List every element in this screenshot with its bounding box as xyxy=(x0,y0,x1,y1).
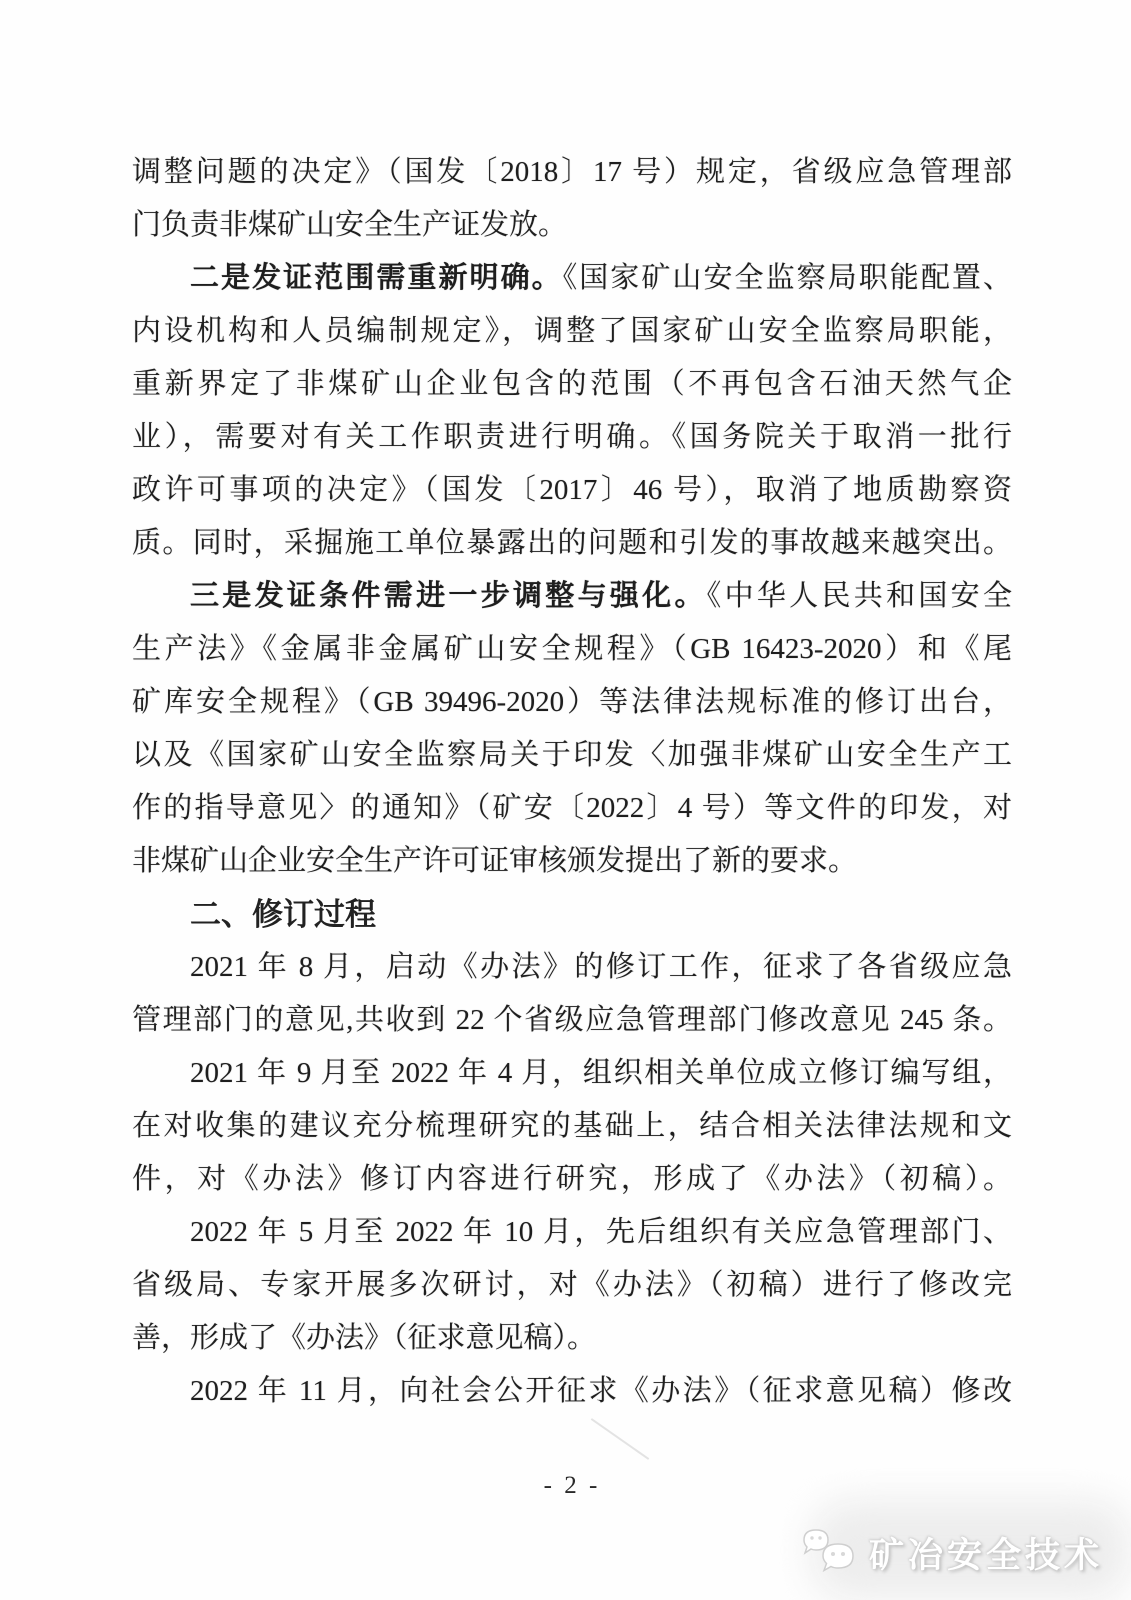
text-line: 在对收集的建议充分梳理研究的基础上，结合相关法律法规和文 xyxy=(132,1100,1012,1153)
line-text: 2022 年 5 月至 2022 年 10 月，先后组织有关应急管理部门、 xyxy=(190,1216,1012,1248)
line-text: 作的指导意见〉的通知》（矿安〔2022〕4 号）等文件的印发，对 xyxy=(132,792,1012,824)
text-line: 以及《国家矿山安全监察局关于印发〈加强非煤矿山安全生产工 xyxy=(132,729,1012,782)
text-line: 管理部门的意见,共收到 22 个省级应急管理部门修改意见 245 条。 xyxy=(132,994,1012,1047)
text-line: 质。同时，采掘施工单位暴露出的问题和引发的事故越来越突出。 xyxy=(132,517,1012,570)
text-line: 非煤矿山企业安全生产许可证审核颁发提出了新的要求。 xyxy=(132,835,1012,888)
line-text: 业），需要对有关工作职责进行明确。《国务院关于取消一批行 xyxy=(132,421,1012,453)
line-text: 《国家矿山安全监察局职能配置、 xyxy=(563,262,1012,294)
scan-artifact xyxy=(591,1418,649,1460)
watermark-label: 矿冶安全技术 xyxy=(869,1528,1103,1578)
text-line: 件，对《办法》修订内容进行研究，形成了《办法》（初稿）。 xyxy=(132,1153,1012,1206)
text-line: 2021 年 9 月至 2022 年 4 月，组织相关单位成立修订编写组， xyxy=(132,1047,1012,1100)
line-text: 矿库安全规程》（GB 39496-2020）等法律法规标准的修订出台， xyxy=(132,686,1012,718)
line-text: 质。同时，采掘施工单位暴露出的问题和引发的事故越来越突出。 xyxy=(132,527,1012,559)
text-line: 生产法》《金属非金属矿山安全规程》（GB 16423-2020）和《尾 xyxy=(132,623,1012,676)
line-text: 门负责非煤矿山安全生产证发放。 xyxy=(132,209,567,241)
line-text: 二、修订过程 xyxy=(190,897,376,932)
text-line: 2022 年 11 月，向社会公开征求《办法》（征求意见稿）修改 xyxy=(132,1365,1012,1418)
text-line: 门负责非煤矿山安全生产证发放。 xyxy=(132,199,1012,252)
line-text: 调整问题的决定》（国发〔2018〕17 号）规定，省级应急管理部 xyxy=(132,156,1012,188)
line-text: 件，对《办法》修订内容进行研究，形成了《办法》（初稿）。 xyxy=(132,1163,1012,1195)
section-heading: 二、修订过程 xyxy=(132,888,1012,941)
text-line: 调整问题的决定》（国发〔2018〕17 号）规定，省级应急管理部 xyxy=(132,146,1012,199)
text-line: 二是发证范围需重新明确。《国家矿山安全监察局职能配置、 xyxy=(132,252,1012,305)
line-text: 生产法》《金属非金属矿山安全规程》（GB 16423-2020）和《尾 xyxy=(132,633,1012,665)
text-line: 重新界定了非煤矿山企业包含的范围（不再包含石油天然气企 xyxy=(132,358,1012,411)
bold-lead: 三是发证条件需进一步调整与强化。 xyxy=(190,580,707,612)
text-line: 内设机构和人员编制规定》，调整了国家矿山安全监察局职能， xyxy=(132,305,1012,358)
text-line: 业），需要对有关工作职责进行明确。《国务院关于取消一批行 xyxy=(132,411,1012,464)
text-line: 2021 年 8 月，启动《办法》的修订工作，征求了各省级应急 xyxy=(132,941,1012,994)
text-line: 善，形成了《办法》（征求意见稿）。 xyxy=(132,1312,1012,1365)
wechat-icon xyxy=(801,1526,859,1579)
bold-lead: 二是发证范围需重新明确。 xyxy=(190,262,563,294)
watermark: 矿冶安全技术 xyxy=(801,1526,1103,1579)
line-text: 2021 年 8 月，启动《办法》的修订工作，征求了各省级应急 xyxy=(190,951,1012,983)
text-line: 矿库安全规程》（GB 39496-2020）等法律法规标准的修订出台， xyxy=(132,676,1012,729)
text-line: 2022 年 5 月至 2022 年 10 月，先后组织有关应急管理部门、 xyxy=(132,1206,1012,1259)
line-text: 省级局、专家开展多次研讨，对《办法》（初稿）进行了修改完 xyxy=(132,1269,1012,1301)
line-text: 2021 年 9 月至 2022 年 4 月，组织相关单位成立修订编写组， xyxy=(190,1057,1012,1089)
line-text: 内设机构和人员编制规定》，调整了国家矿山安全监察局职能， xyxy=(132,315,1012,347)
line-text: 管理部门的意见,共收到 22 个省级应急管理部门修改意见 245 条。 xyxy=(132,1004,1012,1036)
line-text: 重新界定了非煤矿山企业包含的范围（不再包含石油天然气企 xyxy=(132,368,1012,400)
line-text: 在对收集的建议充分梳理研究的基础上，结合相关法律法规和文 xyxy=(132,1110,1012,1142)
line-text: 非煤矿山企业安全生产许可证审核颁发提出了新的要求。 xyxy=(132,845,857,877)
line-text: 以及《国家矿山安全监察局关于印发〈加强非煤矿山安全生产工 xyxy=(132,739,1012,771)
line-text: 政许可事项的决定》（国发〔2017〕46 号），取消了地质勘察资 xyxy=(132,474,1012,506)
text-line: 政许可事项的决定》（国发〔2017〕46 号），取消了地质勘察资 xyxy=(132,464,1012,517)
text-line: 作的指导意见〉的通知》（矿安〔2022〕4 号）等文件的印发，对 xyxy=(132,782,1012,835)
document-page: 调整问题的决定》（国发〔2018〕17 号）规定，省级应急管理部门负责非煤矿山安… xyxy=(0,0,1131,1600)
text-line: 三是发证条件需进一步调整与强化。《中华人民共和国安全 xyxy=(132,570,1012,623)
page-number: - 2 - xyxy=(132,1472,1012,1500)
line-text: 善，形成了《办法》（征求意见稿）。 xyxy=(132,1322,596,1354)
line-text: 2022 年 11 月，向社会公开征求《办法》（征求意见稿）修改 xyxy=(190,1375,1012,1407)
document-body: 调整问题的决定》（国发〔2018〕17 号）规定，省级应急管理部门负责非煤矿山安… xyxy=(132,146,1012,1418)
line-text: 《中华人民共和国安全 xyxy=(707,580,1012,612)
text-line: 省级局、专家开展多次研讨，对《办法》（初稿）进行了修改完 xyxy=(132,1259,1012,1312)
